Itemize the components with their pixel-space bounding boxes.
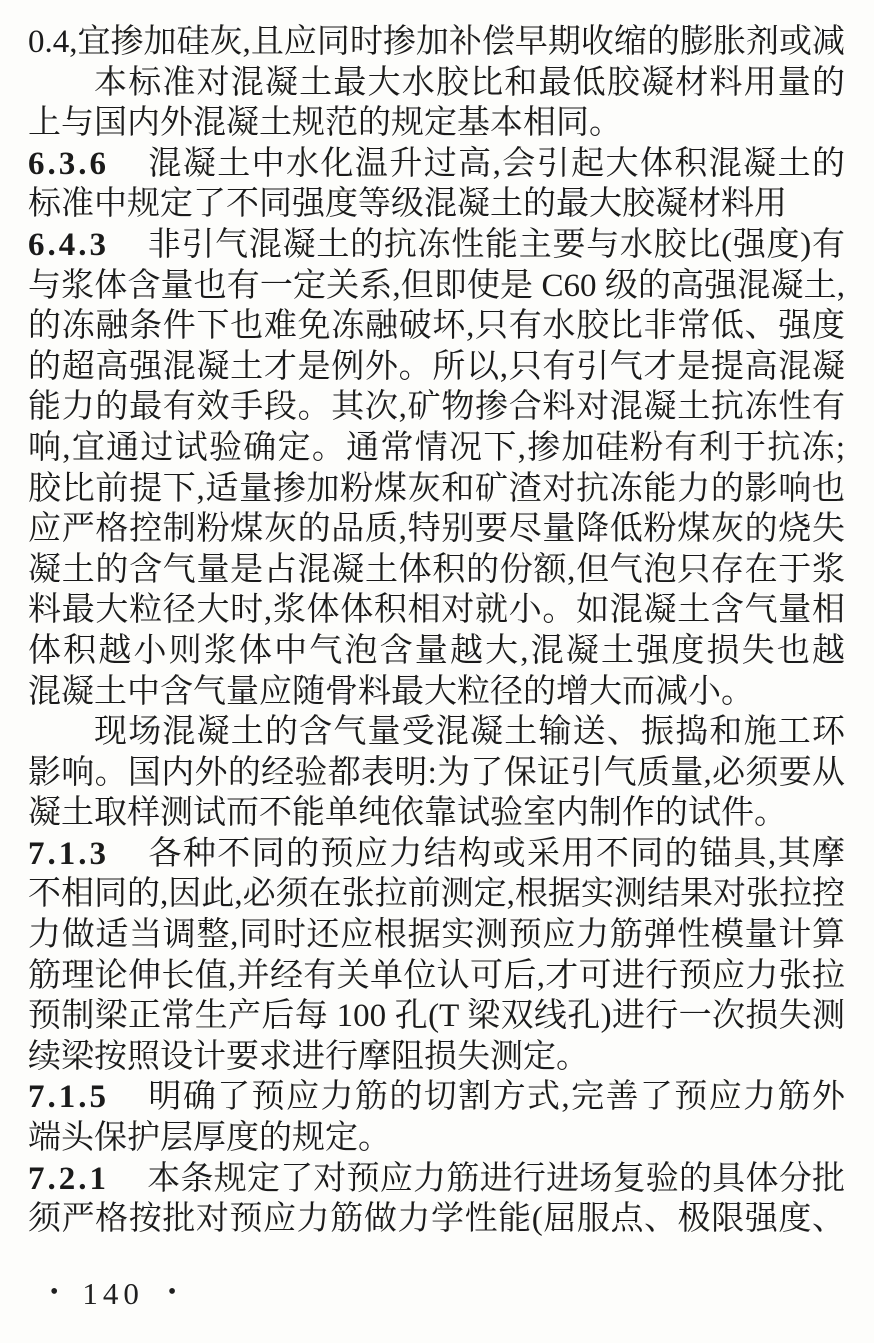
document-page: 0.4,宜掺加硅灰,且应同时掺加补偿早期收缩的膨胀剂或减缩剂。本标准对混凝土最大… (0, 0, 874, 1343)
page-number: 140 (82, 1276, 144, 1312)
text-line: 0.4,宜掺加硅灰,且应同时掺加补偿早期收缩的膨胀剂或减缩剂。 (28, 22, 845, 63)
text-line: 力做适当调整,同时还应根据实测预应力筋弹性模量计算预应力 (28, 915, 845, 956)
text-line: 7.2.1本条规定了对预应力筋进行进场复验的具体分批要求,必 (28, 1159, 845, 1200)
text-line: 续梁按照设计要求进行摩阻损失测定。 (28, 1037, 845, 1078)
footer-bullet-left-icon: • (50, 1280, 58, 1304)
text-line: 料最大粒径大时,浆体体积相对就小。如混凝土含气量相同,浆体 (28, 590, 845, 631)
text-line: 6.3.6混凝土中水化温升过高,会引起大体积混凝土的开裂。本 (28, 144, 845, 185)
text-line: 标准中规定了不同强度等级混凝土的最大胶凝材料用量。 (28, 184, 845, 225)
text-line: 凝土取样测试而不能单纯依靠试验室内制作的试件。 (28, 793, 845, 834)
text-line: 7.1.3各种不同的预应力结构或采用不同的锚具,其摩阻损失是 (28, 834, 845, 875)
text-line: 能力的最有效手段。其次,矿物掺合料对混凝土抗冻性有一定影 (28, 387, 845, 428)
text-line: 胶比前提下,适量掺加粉煤灰和矿渣对抗冻能力的影响也不大,但 (28, 469, 845, 510)
text-line: 混凝土中含气量应随骨料最大粒径的增大而减小。 (28, 672, 845, 713)
text-line: 应严格控制粉煤灰的品质,特别要尽量降低粉煤灰的烧失量。混 (28, 509, 845, 550)
text-line: 7.1.5明确了预应力筋的切割方式,完善了预应力筋外露长度和 (28, 1077, 845, 1118)
text-line: 须严格按批对预应力筋做力学性能(屈服点、极限强度、伸长率、弹 (28, 1199, 845, 1240)
text-line: 不相同的,因此,必须在张拉前测定,根据实测结果对张拉控制应 (28, 874, 845, 915)
text-line: 响,宜通过试验确定。通常情况下,掺加硅粉有利于抗冻;在低水 (28, 428, 845, 469)
text-line: 筋理论伸长值,并经有关单位认可后,才可进行预应力张拉施工。 (28, 956, 845, 997)
page-footer: • 140 • (50, 1276, 176, 1312)
section-number: 6.3.6 (28, 146, 109, 182)
footer-bullet-right-icon: • (168, 1280, 176, 1304)
section-number: 7.2.1 (28, 1161, 109, 1197)
text-line: 端头保护层厚度的规定。 (28, 1118, 845, 1159)
text-line: 6.4.3非引气混凝土的抗冻性能主要与水胶比(强度)有关,另外 (28, 225, 845, 266)
document-body: 0.4,宜掺加硅灰,且应同时掺加补偿早期收缩的膨胀剂或减缩剂。本标准对混凝土最大… (28, 22, 845, 1240)
text-line: 影响。国内外的经验都表明:为了保证引气质量,必须要从现场混 (28, 753, 845, 794)
text-line: 本标准对混凝土最大水胶比和最低胶凝材料用量的要求基本 (28, 63, 845, 104)
text-line: 现场混凝土的含气量受混凝土输送、振捣和施工环境条件等 (28, 712, 845, 753)
text-line: 凝土的含气量是占混凝土体积的份额,但气泡只存在于浆体中,骨 (28, 550, 845, 591)
text-line: 体积越小则浆体中气泡含量越大,混凝土强度损失也越大。因此 (28, 631, 845, 672)
text-line: 与浆体含量也有一定关系,但即使是 C60 级的高强混凝土,在严重 (28, 266, 845, 307)
section-number: 7.1.3 (28, 836, 109, 872)
text-line: 的冻融条件下也难免冻融破坏,只有水胶比非常低、强度高达 C80 (28, 306, 845, 347)
text-line: 的超高强混凝土才是例外。所以,只有引气才是提高混凝土抗冻 (28, 347, 845, 388)
text-line: 上与国内外混凝土规范的规定基本相同。 (28, 103, 845, 144)
text-line: 预制梁正常生产后每 100 孔(T 梁双线孔)进行一次损失测试。连 (28, 996, 845, 1037)
section-number: 7.1.5 (28, 1079, 109, 1115)
section-number: 6.4.3 (28, 227, 109, 263)
